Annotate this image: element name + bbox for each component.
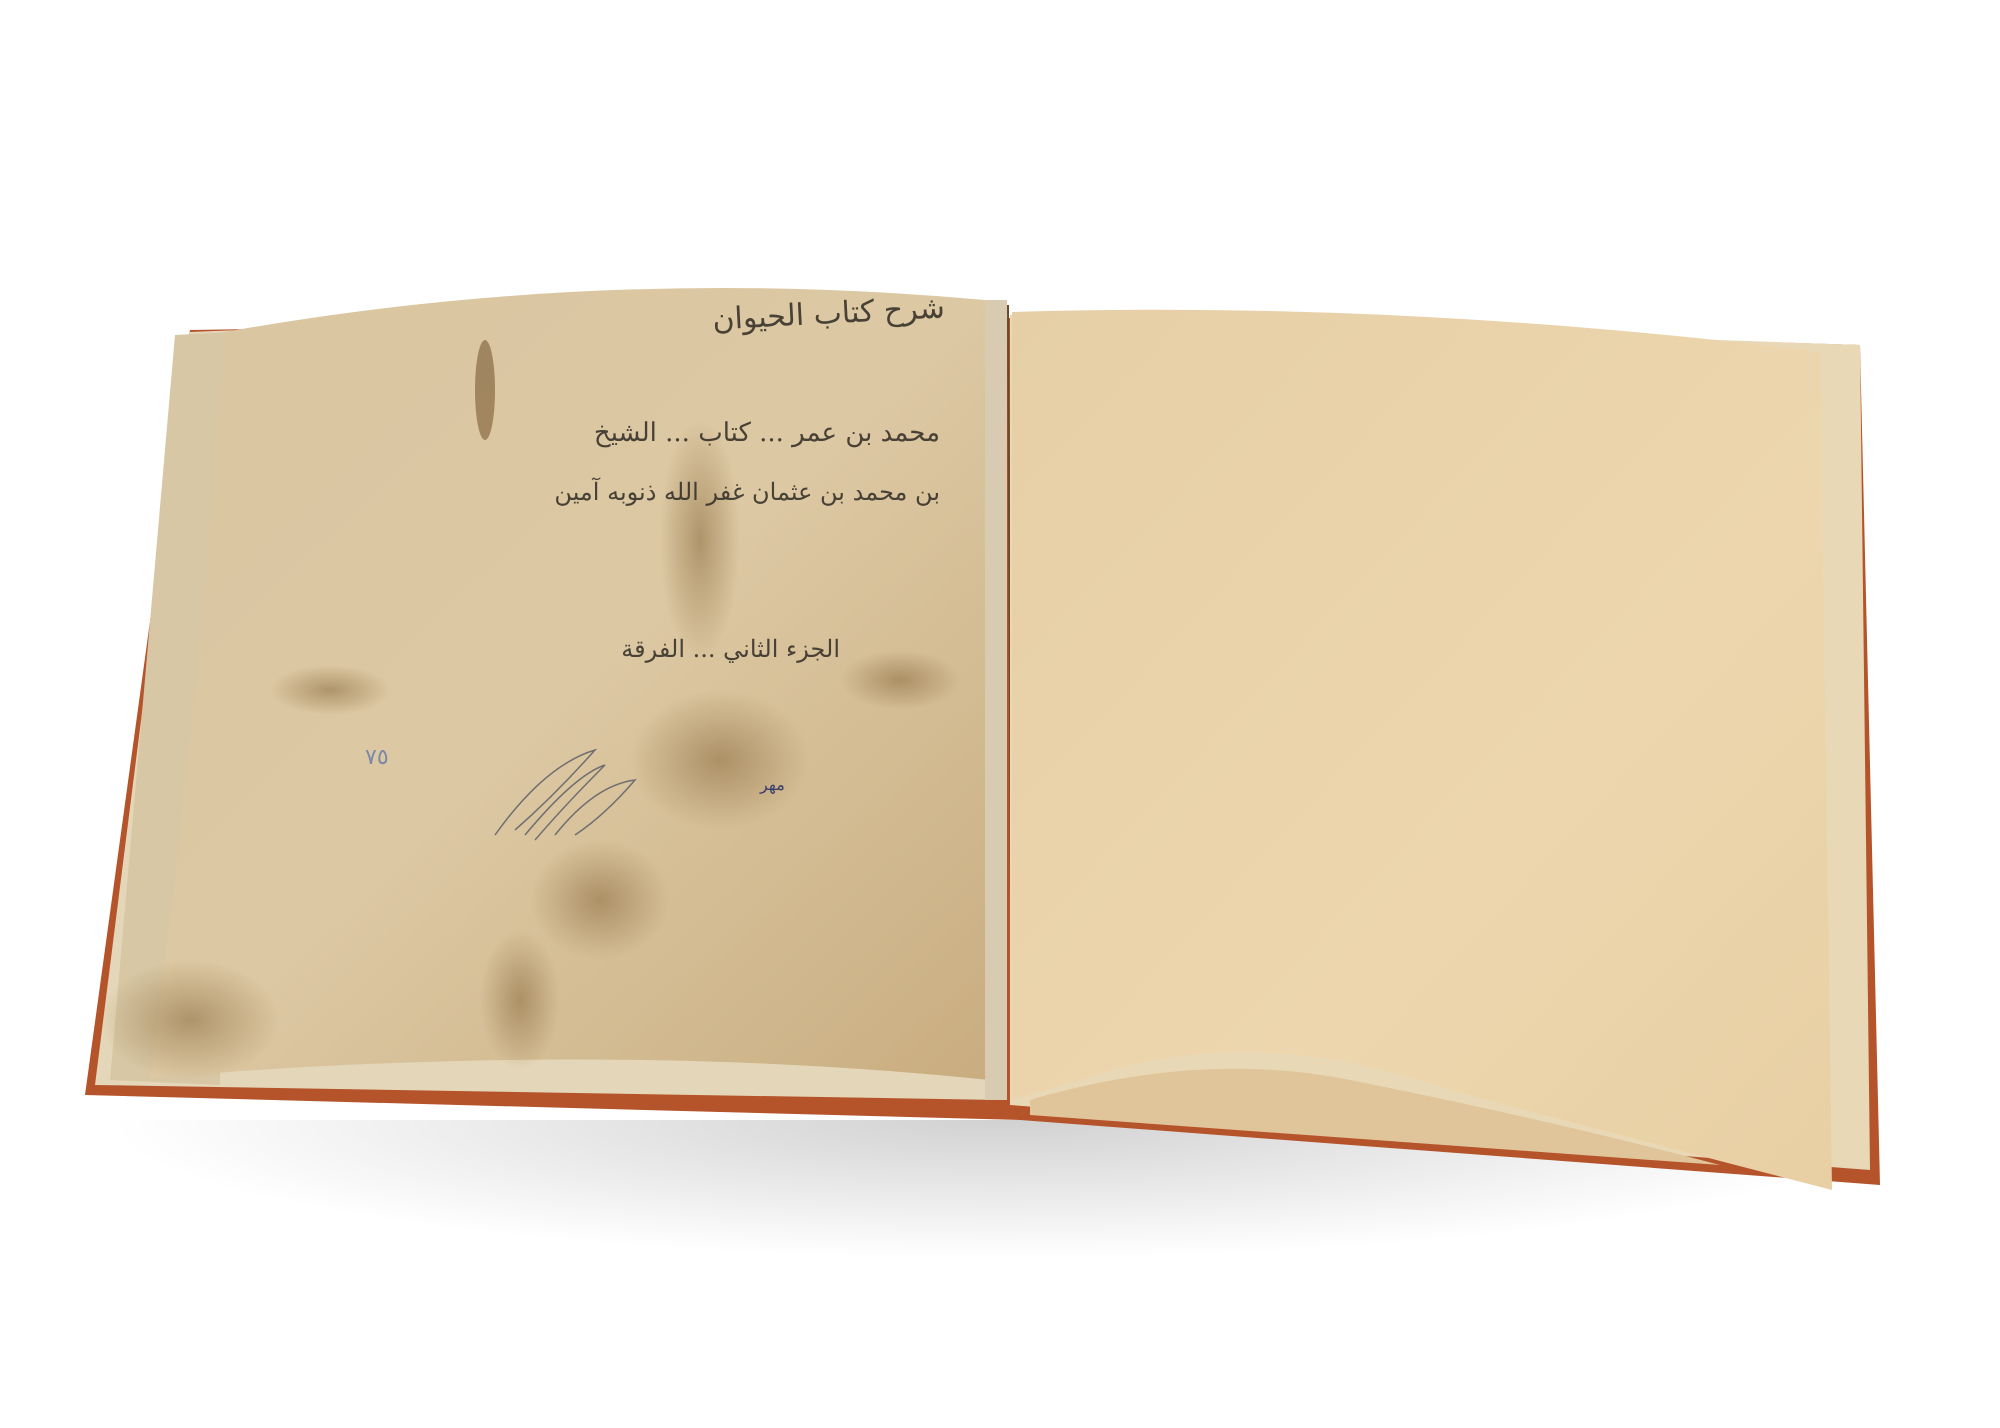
manuscript-line-3: الجزء الثاني ... الفرقة [420,635,840,663]
pencil-mark: ٧٥ [365,745,389,770]
pencil-scribble-icon [485,745,645,845]
manuscript-line-1: محمد بن عمر ... كتاب ... الشيخ [380,418,940,448]
right-page [1012,310,1832,1190]
manuscript-line-2: بن محمد بن عثمان غفر الله ذنوبه آمين [440,478,940,506]
gutter [985,300,1007,1100]
ink-stamp: مهر [760,775,785,794]
manuscript-photo: شرح كتاب الحيوان محمد بن عمر ... كتاب ..… [0,0,2000,1428]
book-illustration [0,0,2000,1428]
